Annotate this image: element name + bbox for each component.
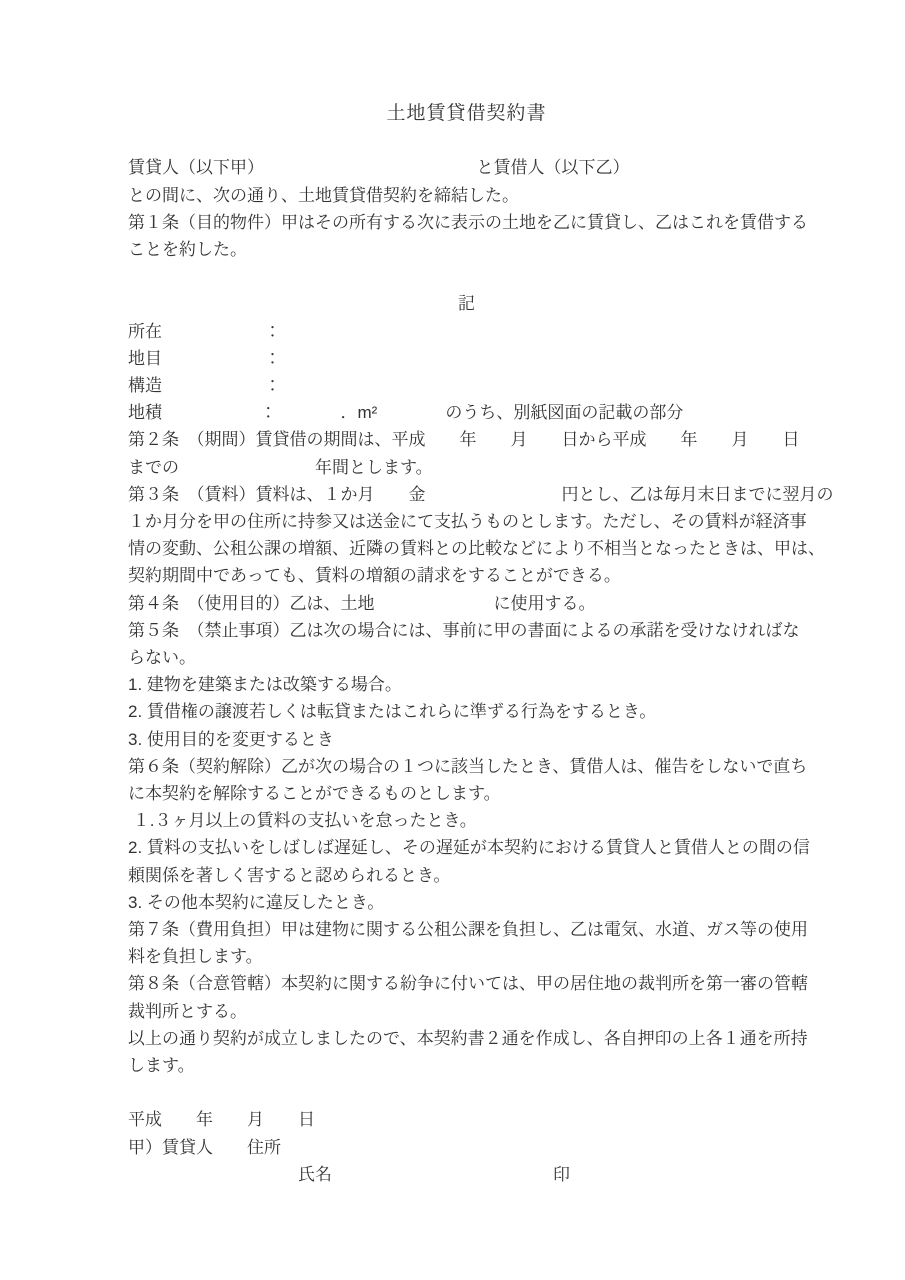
- article5-item3: 3. 使用目的を変更するとき: [128, 726, 805, 753]
- article7-line1: 第７条（費用負担）甲は建物に関する公租公課を負担し、乙は電気、水道、ガス等の使用: [128, 916, 805, 943]
- lessor-name-seal-line: 氏名 印: [128, 1161, 805, 1188]
- article3-line4: 契約期間中であっても、賃料の増額の請求をすることができる。: [128, 562, 805, 589]
- blank-line: [128, 1079, 805, 1106]
- document-body: 土地賃貸借契約書賃貸人（以下甲） と賃借人（以下乙）との間に、次の通り、土地賃貸…: [128, 100, 805, 1188]
- article6-line2: に本契約を解除することができるものとします。: [128, 780, 805, 807]
- field-chimoku: 地目 ：: [128, 345, 805, 372]
- article6-line1: 第６条（契約解除）乙が次の場合の１つに該当したとき、賃借人は、催告をしないで直ち: [128, 753, 805, 780]
- article8-line2: 裁判所とする。: [128, 998, 805, 1025]
- field-kozo: 構造 ：: [128, 372, 805, 399]
- article6-item1: １.３ヶ月以上の賃料の支払いを怠ったとき。: [128, 807, 805, 834]
- blank-line: [128, 263, 805, 290]
- article6-item2-line2: 頼関係を著しく害すると認められるとき。: [128, 862, 805, 889]
- article2-line1: 第２条 （期間）賃貸借の期間は、平成 年 月 日から平成 年 月 日: [128, 426, 805, 453]
- article5-line1: 第５条 （禁止事項）乙は次の場合には、事前に甲の書面によるの承諾を受けなければな: [128, 617, 805, 644]
- article4-line: 第４条 （使用目的）乙は、土地 に使用する。: [128, 590, 805, 617]
- field-chiseki: 地積 ： ．m² のうち、別紙図面の記載の部分: [128, 399, 805, 426]
- date-line: 平成 年 月 日: [128, 1106, 805, 1133]
- article5-line2: らない。: [128, 644, 805, 671]
- article5-item1: 1. 建物を建築または改築する場合。: [128, 671, 805, 698]
- preamble-line: との間に、次の通り、土地賃貸借契約を締結した。: [128, 182, 805, 209]
- document-page: 土地賃貸借契約書賃貸人（以下甲） と賃借人（以下乙）との間に、次の通り、土地賃貸…: [0, 0, 905, 1280]
- closing-line2: します。: [128, 1052, 805, 1079]
- article1-line2: ことを約した。: [128, 236, 805, 263]
- field-shozai: 所在 ：: [128, 318, 805, 345]
- blank-line: [128, 127, 805, 154]
- ki-heading: 記: [128, 290, 805, 317]
- article3-line1: 第３条 （賃料）賃料は、１か月 金 円とし、乙は毎月末日までに翌月の: [128, 481, 805, 508]
- doc-title: 土地賃貸借契約書: [128, 100, 805, 127]
- article8-line1: 第８条（合意管轄）本契約に関する紛争に付いては、甲の居住地の裁判所を第一審の管轄: [128, 970, 805, 997]
- article1-line1: 第１条（目的物件）甲はその所有する次に表示の土地を乙に賃貸し、乙はこれを賃借する: [128, 209, 805, 236]
- article3-line3: 情の変動、公租公課の増額、近隣の賃料との比較などにより不相当となったときは、甲は…: [128, 535, 805, 562]
- closing-line1: 以上の通り契約が成立しましたので、本契約書２通を作成し、各自押印の上各１通を所持: [128, 1025, 805, 1052]
- article5-item2: 2. 賃借権の譲渡若しくは転貸またはこれらに準ずる行為をするとき。: [128, 698, 805, 725]
- parties-line: 賃貸人（以下甲） と賃借人（以下乙）: [128, 154, 805, 181]
- article3-line2: １か月分を甲の住所に持参又は送金にて支払うものとします。ただし、その賃料が経済事: [128, 508, 805, 535]
- lessor-address-line: 甲）賃貸人 住所: [128, 1134, 805, 1161]
- article6-item3: 3. その他本契約に違反したとき。: [128, 889, 805, 916]
- article2-line2: までの 年間とします。: [128, 454, 805, 481]
- article6-item2-line1: 2. 賃料の支払いをしばしば遅延し、その遅延が本契約における賃貸人と賃借人との間…: [128, 834, 805, 861]
- article7-line2: 料を負担します。: [128, 943, 805, 970]
